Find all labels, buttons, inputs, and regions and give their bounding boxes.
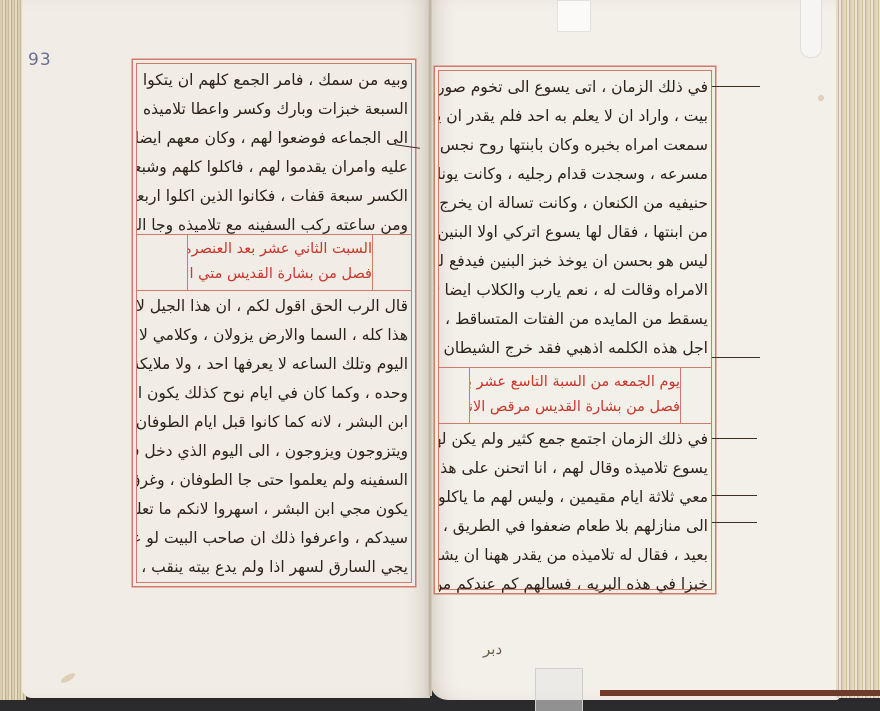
text-line: هذا كله ، السما والارض يزولان ، وكلامي ل… [137, 321, 411, 350]
tape-strip-bottom [535, 668, 583, 711]
margin-marker-line [712, 522, 757, 523]
right-rubric-box: يوم الجمعه من السبة التاسع عشر بعد العنص… [469, 368, 681, 423]
left-rubric-box: السبت الثاني عشر بعد العنصره فصل من بشار… [187, 235, 373, 290]
text-line: خبزا في هذه البريه ، فسالهم كم عندكم من … [439, 570, 711, 599]
margin-marker-line [712, 357, 760, 358]
bookmark-tab [800, 0, 822, 58]
text-line: يسوع تلاميذه وقال لهم ، انا اتحنن على هذ… [439, 454, 711, 483]
text-line: الامراه وقالت له ، نعم يارب والكلاب ايضا… [439, 276, 711, 305]
text-line: وبيه من سمك ، فامر الجمع كلهم ان يتكوا ع… [137, 66, 411, 95]
rubric-title: يوم الجمعه من السبة التاسع عشر بعد العنص… [470, 370, 680, 395]
right-lower-text: في ذلك الزمان اجتمع جمع كثير ولم يكن لهم… [439, 425, 711, 599]
left-rubric-band: السبت الثاني عشر بعد العنصره فصل من بشار… [137, 234, 411, 291]
catchword: دبر [483, 640, 502, 658]
rubric-subtitle: فصل من بشارة القديس متي الانجيلي [188, 262, 372, 287]
text-line: السفينه ولم يعلموا حتى جا الطوفان ، وغرق… [137, 466, 411, 495]
text-line: السبعة خبزات وبارك وكسر واعطا تلاميذه لي… [137, 95, 411, 124]
text-line: عليه وامران يقدموا لهم ، فاكلوا كلهم وشب… [137, 153, 411, 182]
text-line: الى الجماعه فوضعوا لهم ، وكان معهم ايضا … [137, 124, 411, 153]
text-line: معي ثلاثة ايام مقيمين ، وليس لهم ما ياكل… [439, 483, 711, 512]
right-upper-text: في ذلك الزمان ، اتى يسوع الى تخوم صور وص… [439, 73, 711, 363]
rubric-subtitle: فصل من بشارة القديس مرقص الانجيلي [470, 395, 680, 420]
left-lower-text: قال الرب الحق اقول لكم ، ان هذا الجيل لا… [137, 292, 411, 582]
folio-number: 93 [28, 50, 52, 70]
rubric-title: السبت الثاني عشر بعد العنصره [188, 237, 372, 262]
text-line: يسقط من المايده من الفتات المتساقط ، فقا… [439, 305, 711, 334]
margin-marker-line [712, 495, 757, 496]
text-line: بعيد ، فقال له تلاميذه من يقدر ههنا ان ي… [439, 541, 711, 570]
margin-marker-line [712, 86, 760, 87]
text-line: اليوم وتلك الساعه لا يعرفها احد ، ولا مل… [137, 350, 411, 379]
right-text-frame: في ذلك الزمان ، اتى يسوع الى تخوم صور وص… [438, 70, 712, 590]
text-line: في ذلك الزمان اجتمع جمع كثير ولم يكن لهم… [439, 425, 711, 454]
left-upper-text: وبيه من سمك ، فامر الجمع كلهم ان يتكوا ع… [137, 66, 411, 240]
paper-stain [818, 95, 824, 101]
text-line: في ذلك الزمان ، اتى يسوع الى تخوم صور وص… [439, 73, 711, 102]
text-line: سيدكم ، واعرفوا ذلك ان صاحب البيت لو علم… [137, 524, 411, 553]
text-line: وحده ، وكما كان في ايام نوح كذلك يكون اس… [137, 379, 411, 408]
text-line: الكسر سبعة قفات ، فكانوا الذين اكلوا ارب… [137, 182, 411, 211]
text-line: بيت ، واراد ان لا يعلم به احد فلم يقدر ا… [439, 102, 711, 131]
text-line: ابن البشر ، لانه كما كانوا قبل ايام الطو… [137, 408, 411, 437]
left-text-frame: وبيه من سمك ، فامر الجمع كلهم ان يتكوا ع… [136, 63, 412, 583]
text-line: مسرعه ، وسجدت قدام رجليه ، وكانت يونانيه… [439, 160, 711, 189]
manuscript-photo: 93 دبر وبيه من سمك ، فامر الجمع كلهم ان … [0, 0, 880, 711]
book-gutter [428, 0, 432, 696]
right-rubric-band: يوم الجمعه من السبة التاسع عشر بعد العنص… [439, 367, 711, 424]
text-line: قال الرب الحق اقول لكم ، ان هذا الجيل لا… [137, 292, 411, 321]
text-line: اجل هذه الكلمه اذهبي فقد خرج الشيطان من … [439, 334, 711, 363]
text-line: من ابنتها ، فقال لها يسوع اتركي اولا الب… [439, 218, 711, 247]
text-line: الى منازلهم بلا طعام ضعفوا في الطريق ، ل… [439, 512, 711, 541]
text-line: يكون مجي ابن البشر ، اسهروا لانكم ما تعل… [137, 495, 411, 524]
text-line: يجي السارق لسهر اذا ولم يدع بيته ينقب ، … [137, 553, 411, 582]
text-line: سمعت امراه بخبره وكان بابنتها روح نجس جا… [439, 131, 711, 160]
right-page-edges [836, 0, 880, 698]
text-line: ليس هو بحسن ان يوخذ خبز البنين فيدفع للك… [439, 247, 711, 276]
tape-strip-top [557, 0, 591, 32]
margin-marker-line [712, 438, 757, 439]
text-line: حنيفيه من الكنعان ، وكانت تسالة ان يخرج … [439, 189, 711, 218]
book-cover-bottom [600, 690, 880, 696]
text-line: ويتزوجون ويزوجون ، الى اليوم الذي دخل في… [137, 437, 411, 466]
